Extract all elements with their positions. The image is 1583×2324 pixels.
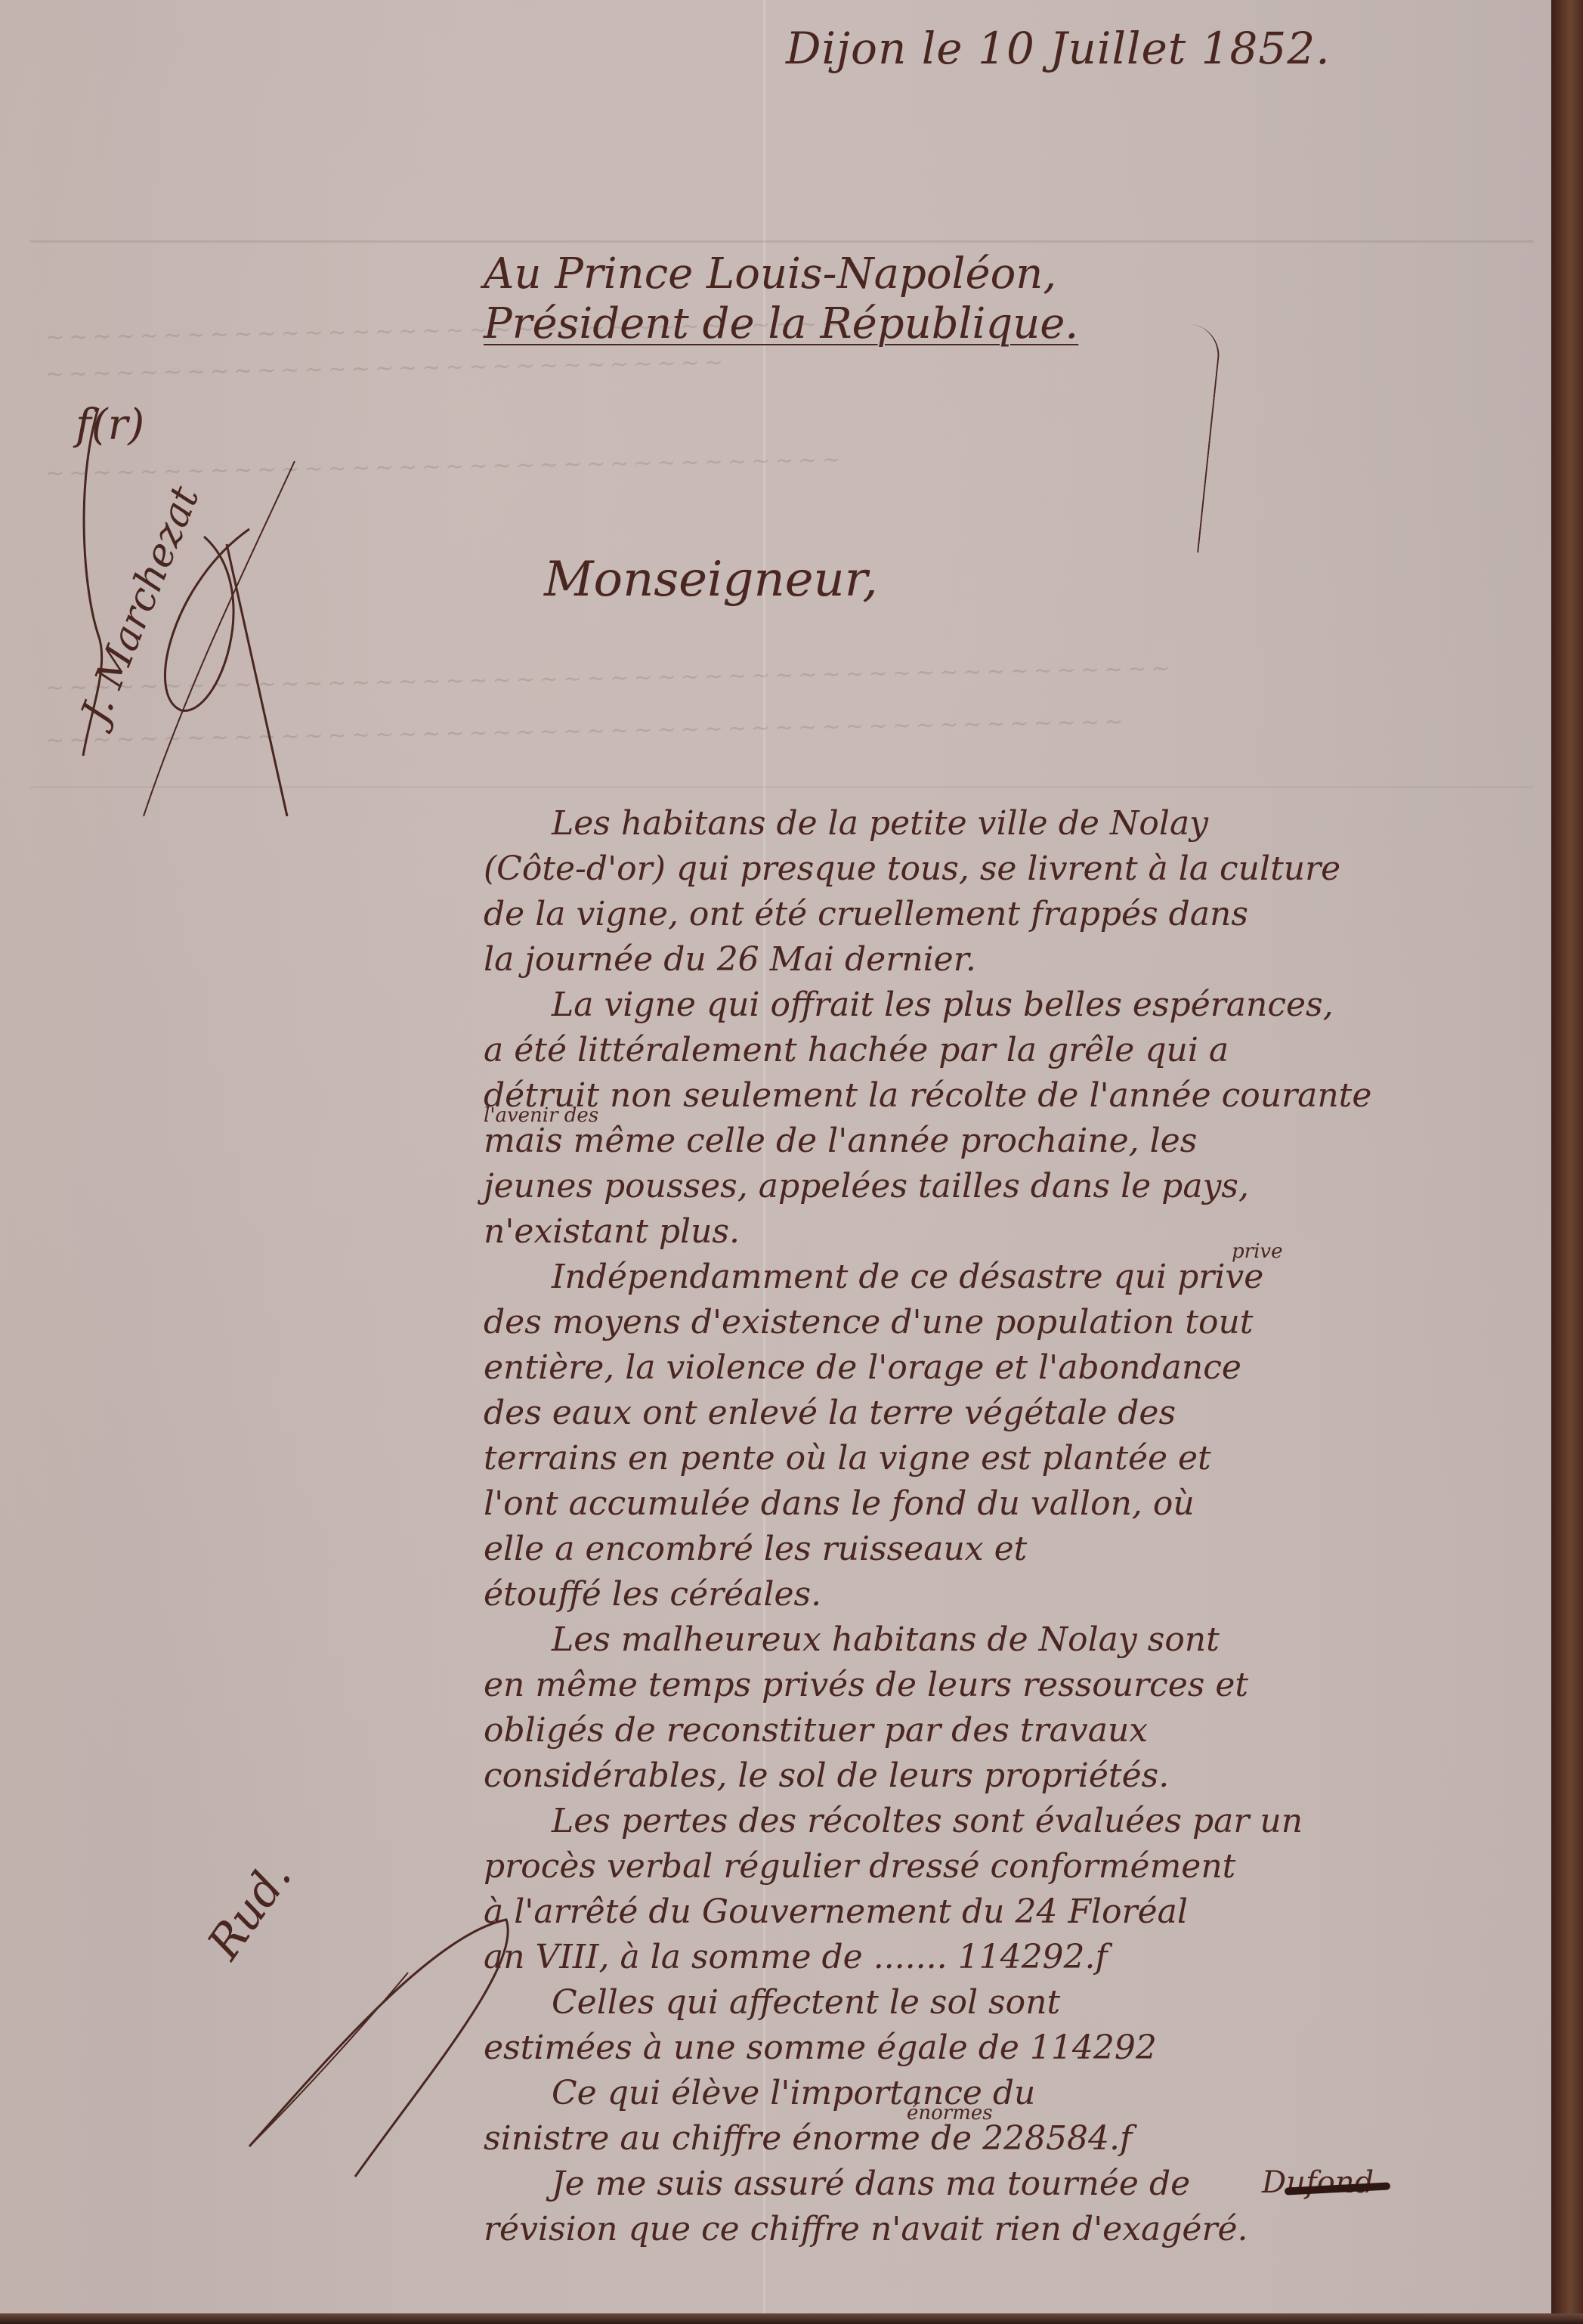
page-bottom-edge xyxy=(0,2313,1583,2324)
body-line-text: Indépendamment de ce désastre qui prive xyxy=(552,1258,1263,1296)
body-line: à l'arrêté du Gouvernement du 24 Floréal xyxy=(484,1889,1534,1935)
interlinear-correction: prive Indépendamment de ce désastre qui … xyxy=(552,1255,1263,1300)
body-line: l'avenir des mais même celle de l'année … xyxy=(484,1119,1534,1164)
body-line: an VIII, à la somme de ....... 114292.f xyxy=(484,1935,1534,1980)
body-line: révision que ce chiffre n'avait rien d'e… xyxy=(484,2207,1534,2252)
body-line: énormes sinistre au chiffre énorme de 22… xyxy=(484,2116,1534,2162)
body-line: prive Indépendamment de ce désastre qui … xyxy=(484,1255,1534,1300)
book-binding-edge xyxy=(1551,0,1583,2324)
body-line: en même temps privés de leurs ressources… xyxy=(484,1663,1534,1708)
margin-annotation-bottom: Rud. xyxy=(204,1844,521,2162)
body-line: la journée du 26 Mai dernier. xyxy=(484,937,1534,983)
body-line: a été littéralement hachée par la grêle … xyxy=(484,1028,1534,1073)
body-line: procès verbal régulier dressé conforméme… xyxy=(484,1844,1534,1889)
body-line: Ce qui élève l'importance du xyxy=(484,2071,1534,2116)
body-line: considérables, le sol de leurs propriété… xyxy=(484,1753,1534,1799)
body-line: obligés de reconstituer par des travaux xyxy=(484,1708,1534,1753)
body-line: détruit non seulement la récolte de l'an… xyxy=(484,1073,1534,1119)
interlinear-text: énormes xyxy=(907,2090,993,2136)
body-line: de la vigne, ont été cruellement frappés… xyxy=(484,892,1534,937)
addressee-block: Au Prince Louis-Napoléon, Président de l… xyxy=(484,249,1078,349)
body-line: estimées à une somme égale de 114292 xyxy=(484,2025,1534,2071)
body-line: Celles qui affectent le sol sont xyxy=(484,1980,1534,2025)
body-line: jeunes pousses, appelées tailles dans le… xyxy=(484,1164,1534,1209)
body-line: entière, la violence de l'orage et l'abo… xyxy=(484,1345,1534,1391)
interlinear-text: prive xyxy=(1232,1229,1282,1274)
letter-body: Les habitans de la petite ville de Nolay… xyxy=(484,801,1534,2252)
margin-annotation-top-line-1: f(r) xyxy=(76,401,144,450)
interlinear-correction: énormes sinistre au chiffre énorme de 22… xyxy=(484,2116,1132,2162)
margin-annotation-top: f(r) J. Marchezat xyxy=(68,393,340,816)
body-line-text: sinistre au chiffre énorme de 228584.f xyxy=(484,2119,1132,2158)
body-line: des moyens d'existence d'une population … xyxy=(484,1300,1534,1345)
addressee-line-2: Président de la République. xyxy=(484,299,1078,349)
body-line: Les habitans de la petite ville de Nolay xyxy=(484,801,1534,846)
date-line: Dijon le 10 Juillet 1852. xyxy=(786,23,1331,74)
body-line: étouffé les céréales. xyxy=(484,1572,1534,1617)
body-line: Les pertes des récoltes sont évaluées pa… xyxy=(484,1799,1534,1844)
paper-fold-horizontal xyxy=(30,240,1534,243)
interlinear-correction: l'avenir des mais même celle de l'année … xyxy=(484,1119,1197,1164)
body-line: La vigne qui offrait les plus belles esp… xyxy=(484,983,1534,1028)
signature-flourish-icon xyxy=(68,393,340,816)
signature: Dufond xyxy=(1262,2165,1374,2200)
signature-text: Dufond xyxy=(1262,2165,1374,2200)
body-line: n'existant plus. xyxy=(484,1209,1534,1255)
interlinear-text: l'avenir des xyxy=(484,1093,598,1138)
addressee-line-1: Au Prince Louis-Napoléon, xyxy=(484,249,1078,299)
body-line: (Côte-d'or) qui presque tous, se livrent… xyxy=(484,846,1534,892)
body-line: elle a encombré les ruisseaux et xyxy=(484,1527,1534,1572)
body-line: terrains en pente où la vigne est planté… xyxy=(484,1436,1534,1481)
salutation: Monseigneur, xyxy=(544,552,878,608)
body-line: des eaux ont enlevé la terre végétale de… xyxy=(484,1391,1534,1436)
body-line: l'ont accumulée dans le fond du vallon, … xyxy=(484,1481,1534,1527)
body-line: Les malheureux habitans de Nolay sont xyxy=(484,1617,1534,1663)
